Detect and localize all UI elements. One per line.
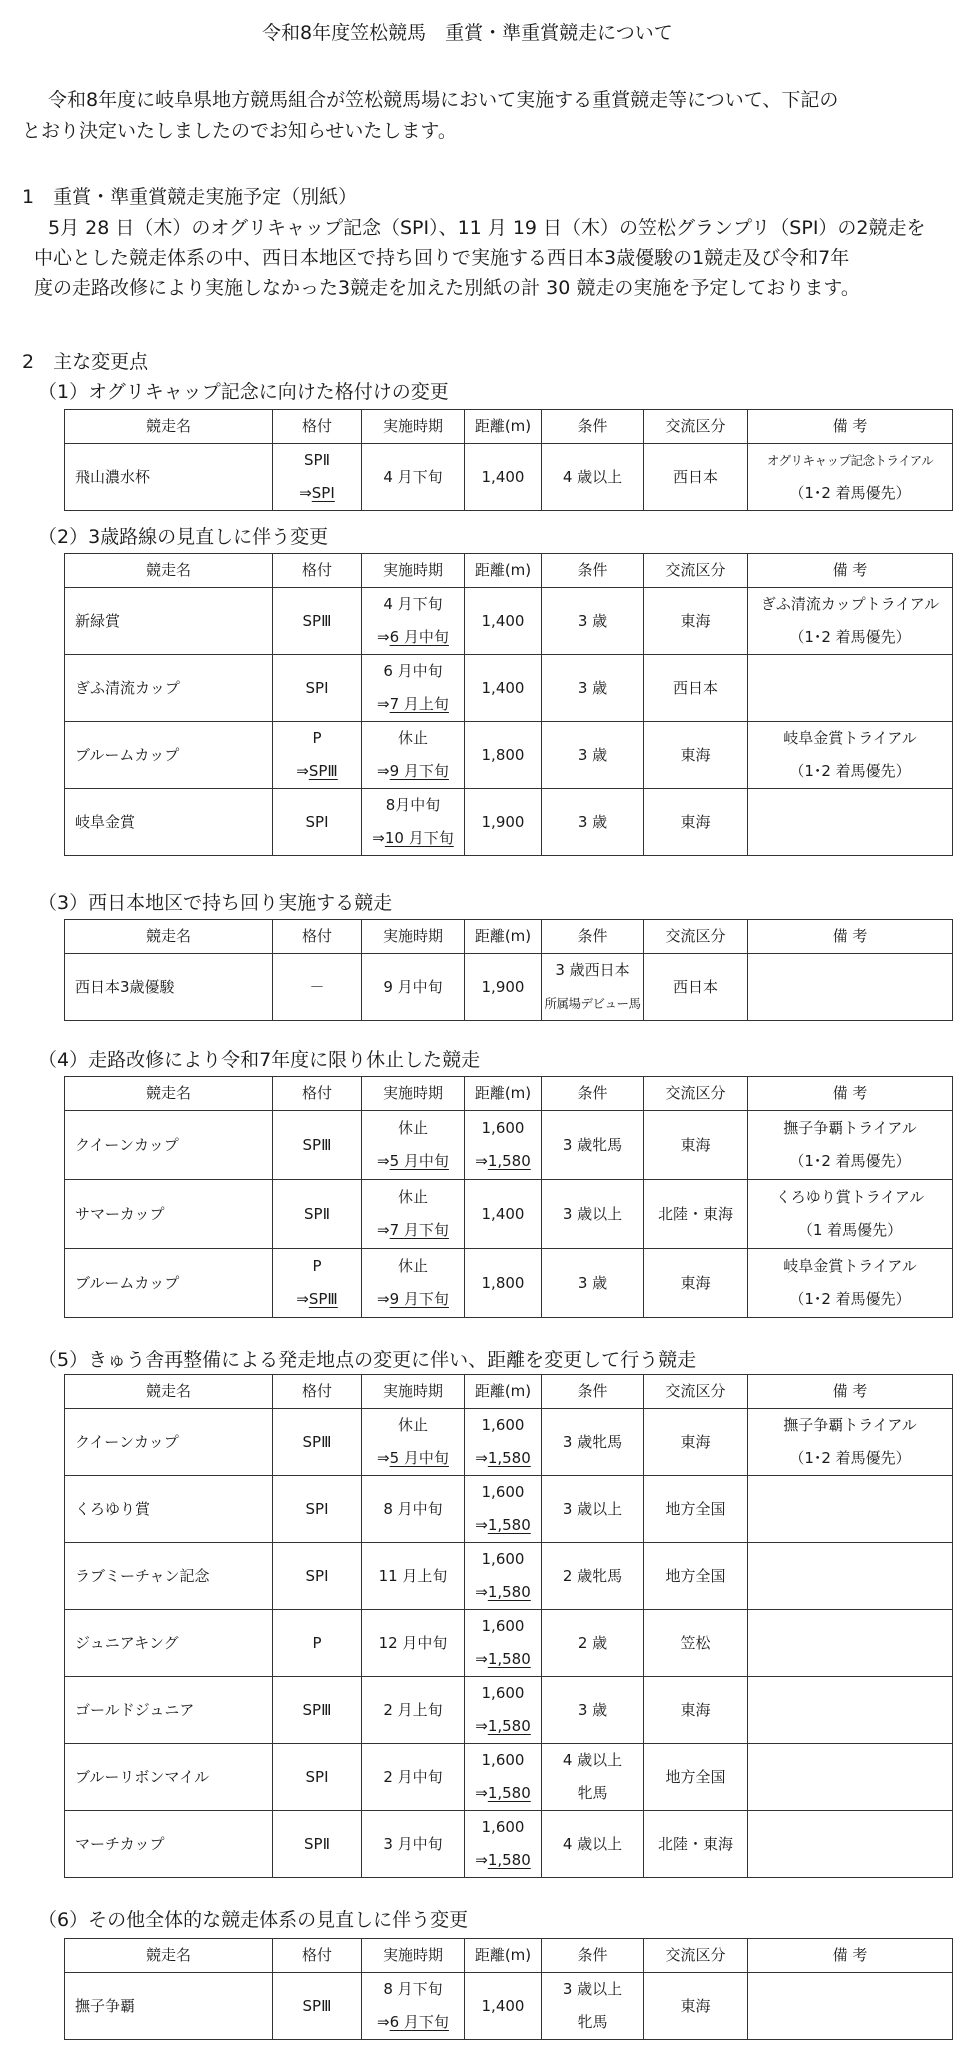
column-header-exchange: 交流区分 [644,1077,748,1111]
cell-line: オグリキャップ記念トライアル [748,444,952,477]
cell-note: くろゆり賞トライアル（1 着馬優先） [748,1180,953,1249]
subsection-3-heading: （3）西日本地区で持ち回り実施する競走 [38,891,392,915]
cell-period: 休止⇒9 月下旬 [362,722,465,789]
cell-line: － [273,971,361,1004]
subsection-2-heading: （2）3歳路線の見直しに伴う変更 [38,525,328,549]
cell-race-name: ブルーリボンマイル [65,1744,273,1811]
cell-race-name: サマーカップ [65,1180,273,1249]
cell-exchange: 北陸・東海 [644,1811,748,1878]
cell-note [748,954,953,1021]
cell-line: 1,600 [465,1112,541,1145]
cell-line: 1,900 [465,971,541,1004]
cell-period: 休止⇒5 月中旬 [362,1111,465,1180]
column-header-race-name: 競走名 [65,1939,273,1973]
cell-line: SPⅢ [273,1129,361,1162]
cell-line: 1,600 [465,1409,541,1442]
table-row: クイーンカップSPⅢ休止⇒5 月中旬1,600⇒1,5803 歳牝馬東海撫子争覇… [65,1111,953,1180]
cell-line: 3 歳以上 [542,1198,643,1231]
column-header-distance: 距離(m) [465,554,542,588]
cell-note [748,1973,953,2040]
section-1-line-2: 中心とした競走体系の中、西日本地区で持ち回りで実施する西日本3歳優駿の1競走及び… [34,246,849,270]
column-header-condition: 条件 [542,1939,644,1973]
cell-line: ⇒9 月下旬 [362,755,464,788]
subsection-5-heading: （5）きゅう舎再整備による発走地点の変更に伴い、距離を変更して行う競走 [38,1348,696,1372]
column-header-period: 実施時期 [362,1077,465,1111]
column-header-race-name: 競走名 [65,554,273,588]
cell-period: 休止⇒9 月下旬 [362,1249,465,1318]
table-row: 新緑賞SPⅢ4 月下旬⇒6 月中旬1,4003 歳東海ぎふ清流カップトライアル（… [65,588,953,655]
changed-value: 1,580 [488,1650,531,1668]
cell-grade: SPⅠ [273,789,362,856]
table-row: マーチカップSPⅡ3 月中旬1,600⇒1,5804 歳以上北陸・東海 [65,1811,953,1878]
cell-line: 3 歳 [542,1267,643,1300]
table-row: くろゆり賞SPⅠ8 月中旬1,600⇒1,5803 歳以上地方全国 [65,1476,953,1543]
cell-condition: 4 歳以上牝馬 [542,1744,644,1811]
cell-line: ⇒1,580 [465,1442,541,1475]
arrow-icon: ⇒ [377,1152,390,1170]
changed-value: 6 月中旬 [390,628,449,646]
changed-value: 7 月上旬 [390,695,449,713]
cell-note [748,655,953,722]
cell-line: SPⅠ [273,806,361,839]
cell-exchange: 地方全国 [644,1543,748,1610]
table-header-row: 競走名格付実施時期距離(m)条件交流区分備 考 [65,410,953,444]
cell-note: オグリキャップ記念トライアル（1･2 着馬優先） [748,444,953,511]
column-header-condition: 条件 [542,554,644,588]
column-header-exchange: 交流区分 [644,1939,748,1973]
column-header-distance: 距離(m) [465,1375,542,1409]
cell-line: ⇒6 月中旬 [362,621,464,654]
cell-exchange: 地方全国 [644,1476,748,1543]
cell-line: 2 月上旬 [362,1694,464,1727]
cell-line: ⇒6 月下旬 [362,2006,464,2039]
cell-line: 1,400 [465,672,541,705]
cell-note [748,1811,953,1878]
arrow-icon: ⇒ [475,1650,488,1668]
cell-period: 3 月中旬 [362,1811,465,1878]
cell-line: 4 歳以上 [542,461,643,494]
cell-line: SPⅢ [273,1990,361,2023]
changed-value: 9 月下旬 [390,762,449,780]
table-row: サマーカップSPⅡ休止⇒7 月下旬1,4003 歳以上北陸・東海くろゆり賞トライ… [65,1180,953,1249]
cell-line: ⇒5 月中旬 [362,1442,464,1475]
cell-line: 3 月中旬 [362,1828,464,1861]
changed-value: 9 月下旬 [390,1290,449,1308]
column-header-period: 実施時期 [362,920,465,954]
cell-exchange: 東海 [644,722,748,789]
cell-line: 牝馬 [542,1777,643,1810]
cell-line: 撫子争覇トライアル [748,1409,952,1442]
cell-distance: 1,600⇒1,580 [465,1476,542,1543]
cell-line: 3 歳 [542,672,643,705]
changes-table-4: 競走名格付実施時期距離(m)条件交流区分備 考クイーンカップSPⅢ休止⇒5 月中… [64,1076,953,1318]
cell-line: 1,800 [465,739,541,772]
cell-distance: 1,400 [465,444,542,511]
cell-grade: SPⅢ [273,1111,362,1180]
cell-distance: 1,600⇒1,580 [465,1744,542,1811]
cell-line: 4 歳以上 [542,1744,643,1777]
cell-condition: 3 歳 [542,1677,644,1744]
changed-value: 1,580 [488,1717,531,1735]
cell-line: 1,900 [465,806,541,839]
cell-exchange: 東海 [644,1677,748,1744]
cell-grade: SPⅠ [273,655,362,722]
column-header-grade: 格付 [273,410,362,444]
table-row: ブルーリボンマイルSPⅠ2 月中旬1,600⇒1,5804 歳以上牝馬地方全国 [65,1744,953,1811]
cell-grade: SPⅠ [273,1476,362,1543]
table-header-row: 競走名格付実施時期距離(m)条件交流区分備 考 [65,554,953,588]
changed-value: 5 月中旬 [390,1449,449,1467]
arrow-icon: ⇒ [377,1290,390,1308]
cell-exchange: 地方全国 [644,1744,748,1811]
column-header-race-name: 競走名 [65,410,273,444]
section-1-heading: 1 重賞・準重賞競走実施予定（別紙） [22,185,357,209]
cell-race-name: くろゆり賞 [65,1476,273,1543]
cell-line: （1･2 着馬優先） [748,1283,952,1316]
cell-line: 3 歳 [542,1694,643,1727]
column-header-grade: 格付 [273,920,362,954]
intro-line-1: 令和8年度に岐阜県地方競馬組合が笠松競馬場において実施する重賞競走等について、下… [48,88,838,112]
cell-period: 8 月下旬⇒6 月下旬 [362,1973,465,2040]
cell-line: SPⅠ [273,672,361,705]
column-header-distance: 距離(m) [465,410,542,444]
cell-condition: 3 歳 [542,1249,644,1318]
cell-line: P [273,1250,361,1283]
table-row: クイーンカップSPⅢ休止⇒5 月中旬1,600⇒1,5803 歳牝馬東海撫子争覇… [65,1409,953,1476]
cell-line: 1,800 [465,1267,541,1300]
column-header-note: 備 考 [748,920,953,954]
column-header-race-name: 競走名 [65,920,273,954]
cell-line: （1･2 着馬優先） [748,477,952,510]
cell-line: SPⅠ [273,1560,361,1593]
cell-grade: SPⅡ [273,1811,362,1878]
subsection-6-heading: （6）その他全体的な競走体系の見直しに伴う変更 [38,1908,468,1932]
arrow-icon: ⇒ [377,695,390,713]
column-header-race-name: 競走名 [65,1375,273,1409]
cell-race-name: ブルームカップ [65,1249,273,1318]
column-header-period: 実施時期 [362,554,465,588]
cell-line: SPⅢ [273,605,361,638]
cell-grade: P⇒SPⅢ [273,722,362,789]
cell-line: 9 月中旬 [362,971,464,1004]
cell-line: SPⅡ [273,1198,361,1231]
column-header-exchange: 交流区分 [644,1375,748,1409]
cell-line: 1,600 [465,1543,541,1576]
cell-race-name: ブルームカップ [65,722,273,789]
cell-line: （1･2 着馬優先） [748,1145,952,1178]
changed-value: 1,580 [488,1851,531,1869]
table-row: ゴールドジュニアSPⅢ2 月上旬1,600⇒1,5803 歳東海 [65,1677,953,1744]
cell-line: 3 歳牝馬 [542,1426,643,1459]
table-row: 西日本3歳優駿－9 月中旬1,9003 歳西日本所属場デビュー馬西日本 [65,954,953,1021]
arrow-icon: ⇒ [296,1290,309,1308]
cell-line: ⇒SPⅢ [273,1283,361,1316]
changed-value: SPⅢ [309,1290,338,1308]
cell-line: 休止 [362,1250,464,1283]
cell-grade: SPⅠ [273,1543,362,1610]
column-header-distance: 距離(m) [465,920,542,954]
cell-grade: SPⅢ [273,1973,362,2040]
cell-period: 6 月中旬⇒7 月上旬 [362,655,465,722]
cell-distance: 1,600⇒1,580 [465,1677,542,1744]
cell-line: 3 歳 [542,739,643,772]
column-header-condition: 条件 [542,410,644,444]
column-header-note: 備 考 [748,1939,953,1973]
cell-exchange: 東海 [644,1973,748,2040]
cell-exchange: 東海 [644,1409,748,1476]
cell-distance: 1,900 [465,789,542,856]
cell-line: 2 歳 [542,1627,643,1660]
cell-line: 1,600 [465,1744,541,1777]
cell-period: 2 月上旬 [362,1677,465,1744]
cell-race-name: 飛山濃水杯 [65,444,273,511]
column-header-note: 備 考 [748,554,953,588]
changed-value: 1,580 [488,1784,531,1802]
intro-line-2: とおり決定いたしましたのでお知らせいたします。 [22,119,457,143]
cell-line: 岐阜金賞トライアル [748,1250,952,1283]
cell-condition: 3 歳以上 [542,1180,644,1249]
cell-condition: 3 歳以上牝馬 [542,1973,644,2040]
cell-condition: 3 歳 [542,722,644,789]
cell-period: 9 月中旬 [362,954,465,1021]
cell-line: 2 歳牝馬 [542,1560,643,1593]
cell-race-name: ジュニアキング [65,1610,273,1677]
cell-line: ⇒1,580 [465,1710,541,1743]
column-header-note: 備 考 [748,1375,953,1409]
cell-grade: P⇒SPⅢ [273,1249,362,1318]
arrow-icon: ⇒ [299,484,312,502]
cell-condition: 3 歳 [542,588,644,655]
cell-line: 1,400 [465,605,541,638]
cell-race-name: 岐阜金賞 [65,789,273,856]
cell-line: SPⅢ [273,1426,361,1459]
cell-line: 11 月上旬 [362,1560,464,1593]
cell-period: 11 月上旬 [362,1543,465,1610]
column-header-exchange: 交流区分 [644,554,748,588]
cell-distance: 1,400 [465,588,542,655]
cell-period: 8月中旬⇒10 月下旬 [362,789,465,856]
cell-line: 2 月中旬 [362,1761,464,1794]
cell-line: 撫子争覇トライアル [748,1112,952,1145]
cell-race-name: マーチカップ [65,1811,273,1878]
cell-exchange: 笠松 [644,1610,748,1677]
cell-grade: － [273,954,362,1021]
table-row: 撫子争覇SPⅢ8 月下旬⇒6 月下旬1,4003 歳以上牝馬東海 [65,1973,953,2040]
cell-line: 8 月中旬 [362,1493,464,1526]
column-header-distance: 距離(m) [465,1077,542,1111]
arrow-icon: ⇒ [372,829,385,847]
cell-exchange: 西日本 [644,444,748,511]
cell-condition: 3 歳 [542,655,644,722]
cell-exchange: 東海 [644,789,748,856]
cell-distance: 1,600⇒1,580 [465,1111,542,1180]
column-header-race-name: 競走名 [65,1077,273,1111]
cell-line: 岐阜金賞トライアル [748,722,952,755]
arrow-icon: ⇒ [377,2013,390,2031]
cell-line: ⇒10 月下旬 [362,822,464,855]
cell-line: 6 月中旬 [362,655,464,688]
cell-line: ⇒1,580 [465,1145,541,1178]
cell-line: 4 歳以上 [542,1828,643,1861]
cell-line: 1,400 [465,1990,541,2023]
table-row: 飛山濃水杯SPⅡ⇒SPⅠ4 月下旬1,4004 歳以上西日本オグリキャップ記念ト… [65,444,953,511]
cell-exchange: 北陸・東海 [644,1180,748,1249]
arrow-icon: ⇒ [377,1221,390,1239]
cell-line: ⇒SPⅠ [273,477,361,510]
arrow-icon: ⇒ [296,762,309,780]
page-title: 令和8年度笠松競馬 重賞・準重賞競走について [262,21,673,45]
cell-distance: 1,800 [465,722,542,789]
cell-condition: 4 歳以上 [542,444,644,511]
table-row: ブルームカップP⇒SPⅢ休止⇒9 月下旬1,8003 歳東海岐阜金賞トライアル（… [65,722,953,789]
cell-distance: 1,900 [465,954,542,1021]
table-header-row: 競走名格付実施時期距離(m)条件交流区分備 考 [65,1077,953,1111]
arrow-icon: ⇒ [377,762,390,780]
cell-line: 休止 [362,722,464,755]
cell-note: 岐阜金賞トライアル（1･2 着馬優先） [748,1249,953,1318]
section-1-line-1: 5月 28 日（木）のオグリキャップ記念（SPⅠ）、11 月 19 日（木）の笠… [48,216,926,240]
column-header-distance: 距離(m) [465,1939,542,1973]
cell-race-name: クイーンカップ [65,1111,273,1180]
cell-line: 牝馬 [542,2006,643,2039]
column-header-condition: 条件 [542,1077,644,1111]
cell-line: 1,600 [465,1811,541,1844]
cell-line: P [273,1627,361,1660]
changed-value: 1,580 [488,1583,531,1601]
cell-period: 休止⇒7 月下旬 [362,1180,465,1249]
cell-line: 1,600 [465,1677,541,1710]
cell-race-name: 撫子争覇 [65,1973,273,2040]
cell-condition: 3 歳牝馬 [542,1111,644,1180]
cell-distance: 1,400 [465,1180,542,1249]
cell-line: SPⅠ [273,1493,361,1526]
cell-line: 4 月下旬 [362,461,464,494]
cell-line: SPⅢ [273,1694,361,1727]
cell-line: 12 月中旬 [362,1627,464,1660]
cell-line: ⇒9 月下旬 [362,1283,464,1316]
cell-line: 休止 [362,1181,464,1214]
changes-table-6: 競走名格付実施時期距離(m)条件交流区分備 考撫子争覇SPⅢ8 月下旬⇒6 月下… [64,1938,953,2040]
table-row: ぎふ清流カップSPⅠ6 月中旬⇒7 月上旬1,4003 歳西日本 [65,655,953,722]
arrow-icon: ⇒ [475,1784,488,1802]
cell-period: 休止⇒5 月中旬 [362,1409,465,1476]
cell-line: ⇒1,580 [465,1777,541,1810]
cell-line: ぎふ清流カップトライアル [748,588,952,621]
cell-line: ⇒SPⅢ [273,755,361,788]
table-header-row: 競走名格付実施時期距離(m)条件交流区分備 考 [65,1375,953,1409]
cell-line: （1･2 着馬優先） [748,1442,952,1475]
column-header-exchange: 交流区分 [644,410,748,444]
cell-period: 4 月下旬⇒6 月中旬 [362,588,465,655]
cell-distance: 1,600⇒1,580 [465,1811,542,1878]
cell-note [748,1476,953,1543]
changed-value: 1,580 [488,1516,531,1534]
cell-grade: SPⅢ [273,588,362,655]
cell-race-name: 西日本3歳優駿 [65,954,273,1021]
cell-grade: SPⅡ⇒SPⅠ [273,444,362,511]
column-header-note: 備 考 [748,410,953,444]
cell-race-name: ゴールドジュニア [65,1677,273,1744]
cell-distance: 1,400 [465,655,542,722]
column-header-period: 実施時期 [362,410,465,444]
cell-race-name: ラブミーチャン記念 [65,1543,273,1610]
cell-grade: SPⅡ [273,1180,362,1249]
changes-table-3: 競走名格付実施時期距離(m)条件交流区分備 考西日本3歳優駿－9 月中旬1,90… [64,919,953,1021]
arrow-icon: ⇒ [475,1583,488,1601]
cell-condition: 2 歳 [542,1610,644,1677]
cell-exchange: 東海 [644,1111,748,1180]
cell-line: 3 歳牝馬 [542,1129,643,1162]
cell-exchange: 西日本 [644,954,748,1021]
table-row: ラブミーチャン記念SPⅠ11 月上旬1,600⇒1,5802 歳牝馬地方全国 [65,1543,953,1610]
changed-value: 7 月下旬 [390,1221,449,1239]
cell-line: 1,400 [465,461,541,494]
changes-table-1: 競走名格付実施時期距離(m)条件交流区分備 考飛山濃水杯SPⅡ⇒SPⅠ4 月下旬… [64,409,953,511]
cell-period: 2 月中旬 [362,1744,465,1811]
changed-value: 5 月中旬 [390,1152,449,1170]
changed-value: 1,580 [488,1152,531,1170]
column-header-exchange: 交流区分 [644,920,748,954]
cell-line: 3 歳 [542,806,643,839]
column-header-grade: 格付 [273,554,362,588]
changes-table-2: 競走名格付実施時期距離(m)条件交流区分備 考新緑賞SPⅢ4 月下旬⇒6 月中旬… [64,553,953,856]
cell-line: くろゆり賞トライアル [748,1181,952,1214]
arrow-icon: ⇒ [475,1851,488,1869]
cell-line: ⇒1,580 [465,1643,541,1676]
cell-grade: P [273,1610,362,1677]
cell-condition: 3 歳西日本所属場デビュー馬 [542,954,644,1021]
cell-grade: SPⅢ [273,1409,362,1476]
cell-exchange: 西日本 [644,655,748,722]
cell-note [748,1677,953,1744]
cell-distance: 1,600⇒1,580 [465,1409,542,1476]
cell-condition: 4 歳以上 [542,1811,644,1878]
cell-condition: 3 歳 [542,789,644,856]
cell-grade: SPⅠ [273,1744,362,1811]
cell-line: 1,600 [465,1610,541,1643]
cell-line: （1･2 着馬優先） [748,755,952,788]
cell-race-name: ぎふ清流カップ [65,655,273,722]
cell-line: P [273,722,361,755]
cell-note [748,1610,953,1677]
cell-exchange: 東海 [644,1249,748,1318]
cell-race-name: クイーンカップ [65,1409,273,1476]
cell-line: 3 歳以上 [542,1493,643,1526]
cell-line: ⇒1,580 [465,1576,541,1609]
section-2-heading: 2 主な変更点 [22,350,148,374]
cell-note [748,789,953,856]
cell-distance: 1,800 [465,1249,542,1318]
cell-line: ⇒5 月中旬 [362,1145,464,1178]
cell-line: 3 歳西日本 [542,954,643,987]
cell-grade: SPⅢ [273,1677,362,1744]
table-header-row: 競走名格付実施時期距離(m)条件交流区分備 考 [65,1939,953,1973]
cell-note [748,1744,953,1811]
column-header-period: 実施時期 [362,1939,465,1973]
subsection-1-heading: （1）オグリキャップ記念に向けた格付けの変更 [38,380,449,404]
cell-line: （1･2 着馬優先） [748,621,952,654]
cell-period: 4 月下旬 [362,444,465,511]
cell-race-name: 新緑賞 [65,588,273,655]
cell-note: 撫子争覇トライアル（1･2 着馬優先） [748,1111,953,1180]
cell-line: ⇒1,580 [465,1509,541,1542]
cell-condition: 2 歳牝馬 [542,1543,644,1610]
arrow-icon: ⇒ [475,1516,488,1534]
cell-condition: 3 歳牝馬 [542,1409,644,1476]
cell-condition: 3 歳以上 [542,1476,644,1543]
column-header-grade: 格付 [273,1939,362,1973]
arrow-icon: ⇒ [475,1152,488,1170]
